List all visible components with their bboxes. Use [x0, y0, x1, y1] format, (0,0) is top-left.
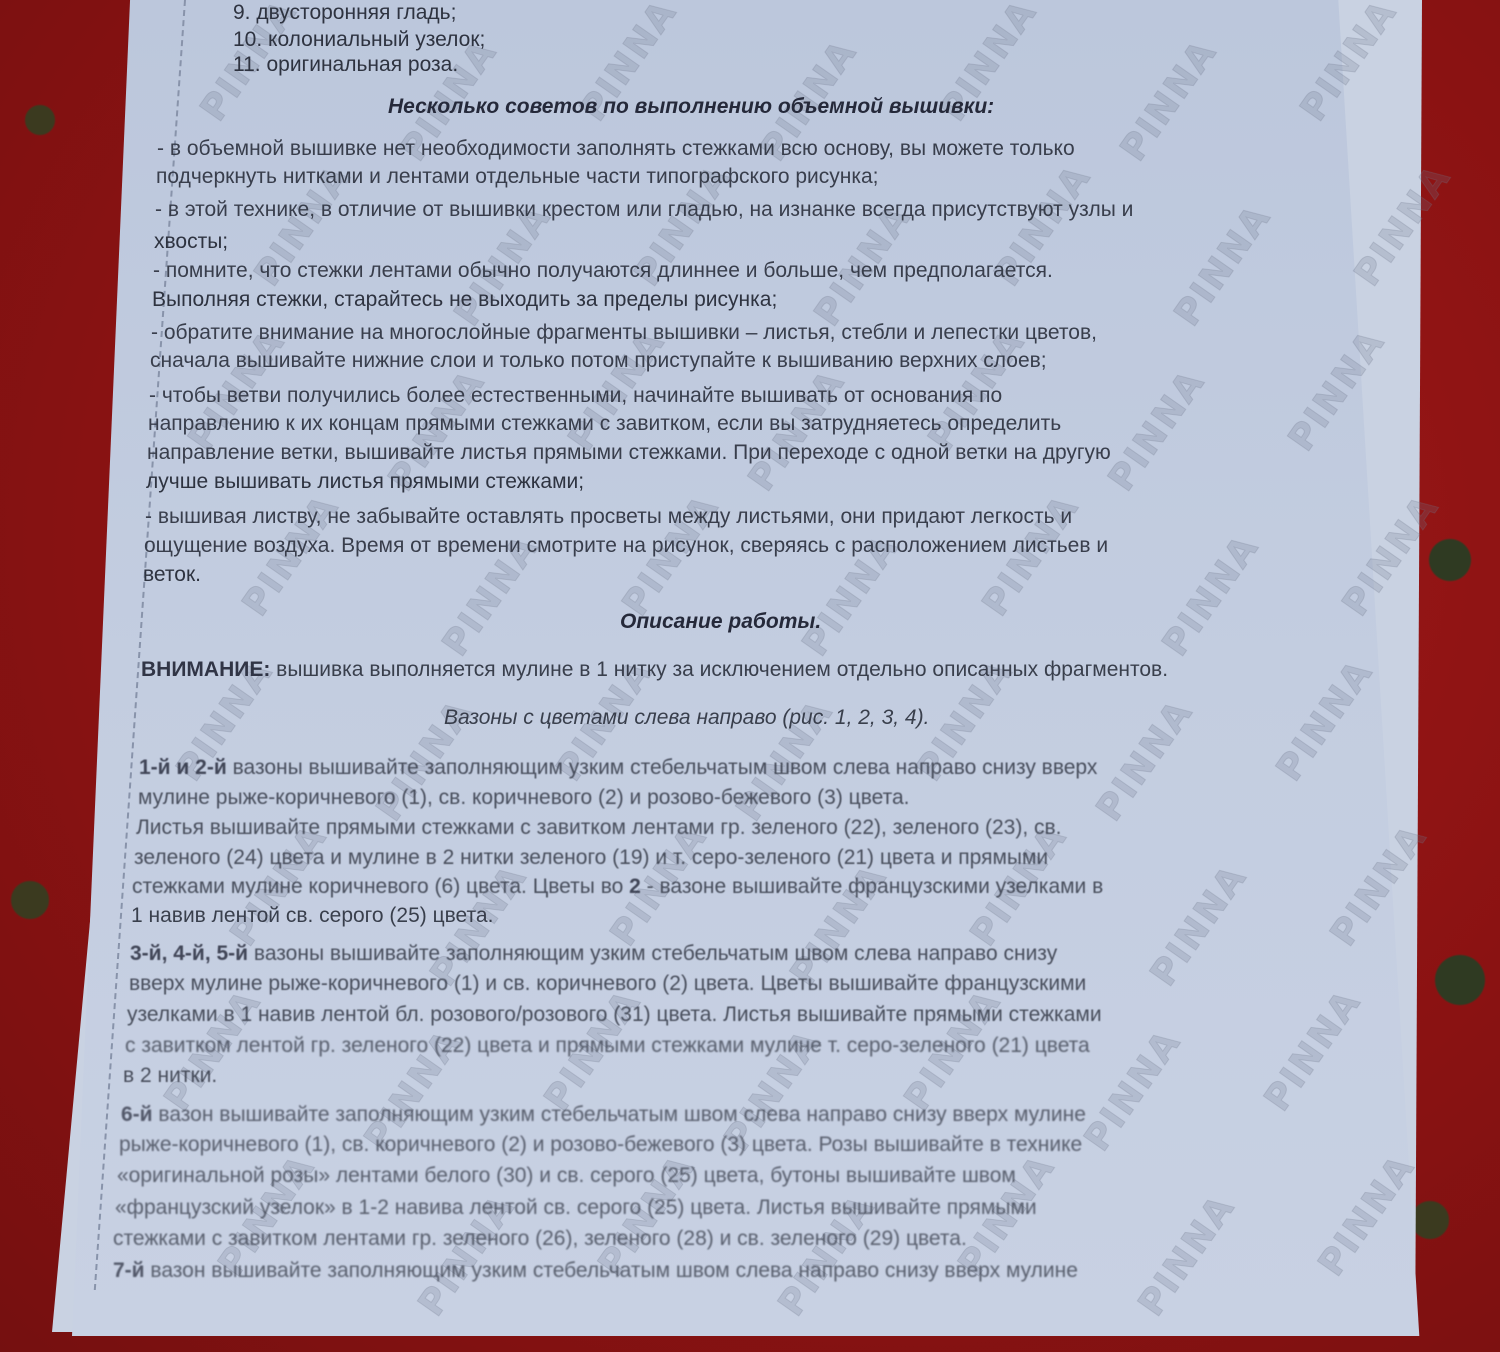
tip-line: лучше вышивать листья прямыми стежками; [146, 469, 584, 495]
tip-line: хвосты; [154, 229, 228, 255]
tip-line: направлению к их концам прямыми стежками… [148, 411, 1061, 437]
attention-note: ВНИМАНИЕ: вышивка выполняется мулине в 1… [141, 657, 1168, 683]
pot-6-line: 6-й вазон вышивайте заполняющим узким ст… [121, 1102, 1086, 1128]
tip-line: Выполняя стежки, старайтесь не выходить … [152, 287, 777, 313]
pots-1-2-line: стежками мулине коричневого (6) цвета. Ц… [132, 874, 1103, 900]
list-item: 10. колониальный узелок; [233, 27, 485, 53]
line-text: - вазоне вышивайте французскими узелками… [641, 875, 1103, 898]
pot-number: 2 [629, 875, 641, 898]
pots-1-2-label: 1-й и 2-й [139, 756, 227, 779]
tip-line: направление ветки, вышивайте листья прям… [147, 440, 1111, 466]
tip-line: - в этой технике, в отличие от вышивки к… [155, 197, 1133, 223]
line-text: вазон вышивайте заполняющим узким стебел… [153, 1103, 1086, 1126]
pot-6-line: стежками с завитком лентами гр. зеленого… [113, 1226, 967, 1252]
tip-line: - вышивая листву, не забывайте оставлять… [145, 504, 1072, 530]
pots-subheading: Вазоны с цветами слева направо (рис. 1, … [444, 705, 929, 731]
pot-6-line: «французский узелок» в 1-2 навива лентой… [115, 1195, 1037, 1221]
pot-6-line: рыже-коричневого (1), св. коричневого (2… [119, 1132, 1082, 1158]
pots-3-5-label: 3-й, 4-й, 5-й [130, 942, 248, 965]
pot-6-label: 6-й [121, 1103, 153, 1126]
pots-3-5-line: вверх мулине рыже-коричневого (1) и св. … [129, 971, 1086, 997]
pots-3-5-line: узелками в 1 навив лентой бл. розового/р… [127, 1002, 1102, 1028]
tip-line: - в объемной вышивке нет необходимости з… [157, 136, 1075, 162]
attention-label: ВНИМАНИЕ: [141, 658, 270, 681]
document-text: 9. двусторонняя гладь; 10. колониальный … [0, 0, 1500, 1352]
pots-1-2-line: мулине рыже-коричневого (1), св. коричне… [138, 785, 910, 811]
list-item: 9. двусторонняя гладь; [233, 0, 456, 26]
pots-3-5-line: 3-й, 4-й, 5-й вазоны вышивайте заполняющ… [130, 941, 1057, 967]
tip-line: сначала вышивайте нижние слои и только п… [150, 348, 1047, 374]
tip-line: веток. [143, 562, 201, 588]
line-text: вазон вышивайте заполняющим узким стебел… [145, 1259, 1078, 1282]
description-heading: Описание работы. [620, 609, 821, 635]
line-text: вазоны вышивайте заполняющим узким стебе… [248, 942, 1057, 965]
line-text: стежками мулине коричневого (6) цвета. Ц… [132, 875, 629, 898]
pots-1-2-line: Листья вышивайте прямыми стежками с зави… [136, 815, 1062, 841]
pots-3-5-line: с завитком лентой гр. зеленого (22) цвет… [125, 1033, 1090, 1059]
pots-1-2-line: зеленого (24) цвета и мулине в 2 нитки з… [134, 845, 1048, 871]
tips-heading: Несколько советов по выполнению объемной… [388, 94, 994, 120]
tip-line: - обратите внимание на многослойные фраг… [151, 320, 1097, 346]
pot-7-label: 7-й [113, 1259, 145, 1282]
pots-1-2-line: 1 навив лентой св. серого (25) цвета. [131, 903, 493, 929]
pots-1-2-line: 1-й и 2-й вазоны вышивайте заполняющим у… [139, 755, 1097, 781]
line-text: вазоны вышивайте заполняющим узким стебе… [227, 756, 1098, 779]
tip-line: - чтобы ветви получились более естествен… [149, 383, 1002, 409]
tip-line: ощущение воздуха. Время от времени смотр… [144, 533, 1108, 559]
pots-3-5-line: в 2 нитки. [123, 1063, 217, 1089]
list-item: 11. оригинальная роза. [233, 52, 458, 78]
pot-7-line: 7-й вазон вышивайте заполняющим узким ст… [113, 1258, 1078, 1284]
tip-line: подчеркнуть нитками и лентами отдельные … [156, 164, 879, 190]
tip-line: - помните, что стежки лентами обычно пол… [153, 258, 1053, 284]
attention-text: вышивка выполняется мулине в 1 нитку за … [270, 658, 1168, 681]
pot-6-line: «оригинальной розы» лентами белого (30) … [117, 1163, 1016, 1189]
